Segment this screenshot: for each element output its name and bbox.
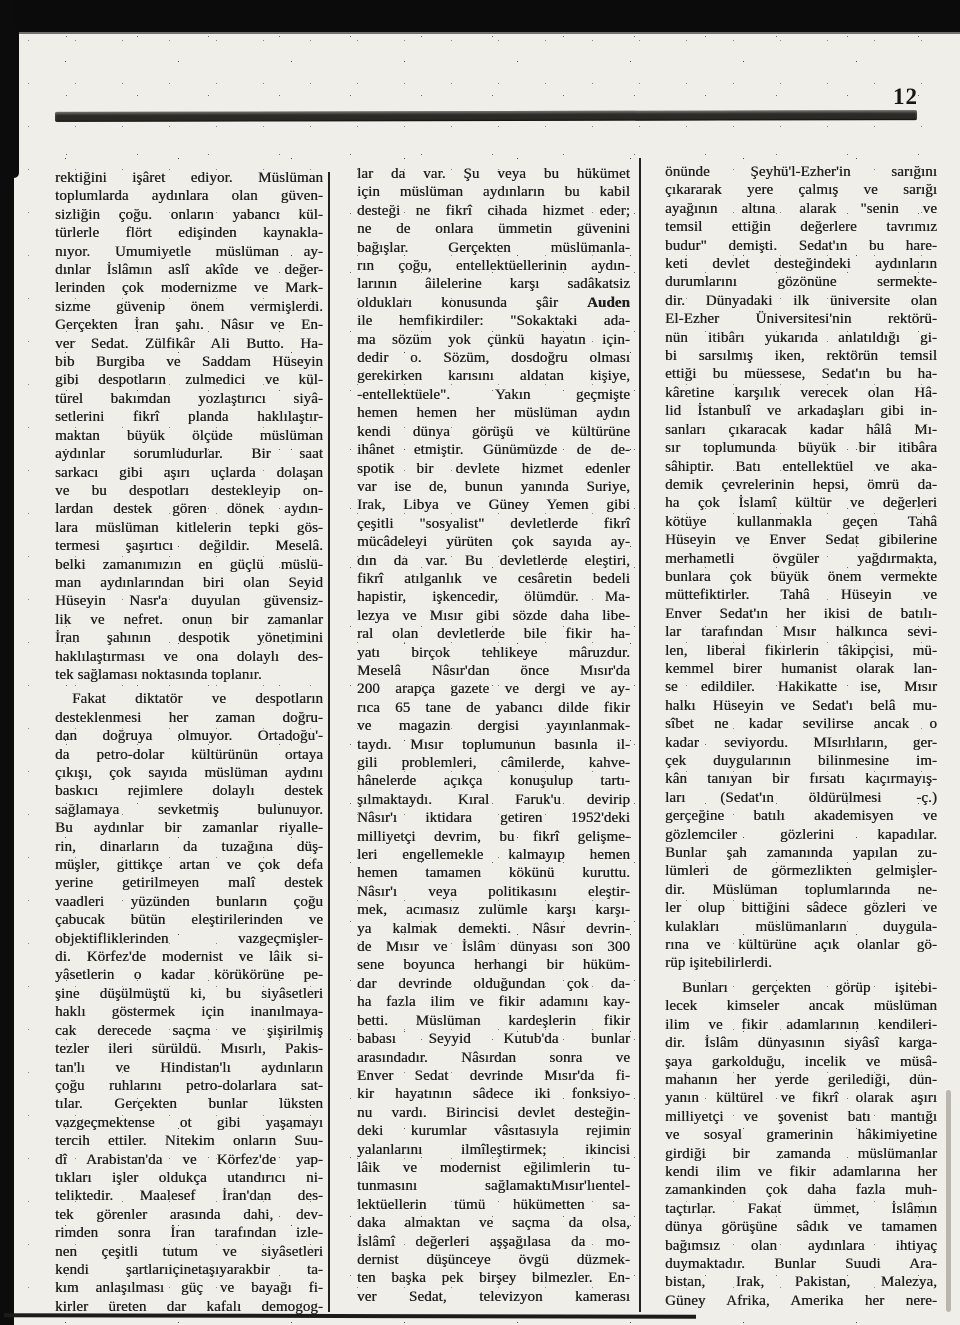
text-line: durumlarını gözönüne sermekte- xyxy=(665,273,937,291)
text-line: aydınlar sorumludurlar. Bir saat xyxy=(55,445,323,463)
text-line: bistan, Irak, Pakistan, Malezya, xyxy=(665,1273,937,1291)
scan-left-black-bar xyxy=(0,0,14,1325)
text-line: Hüseyin Nasr'a duyulan güvensiz- xyxy=(55,592,323,610)
text-line: lardan destek gören dönek aydın- xyxy=(55,500,323,518)
text-line: objektifliklerinden vazgeçmişler- xyxy=(55,930,323,948)
text-line: haklı göstermek için inanılmaya- xyxy=(55,1003,323,1021)
text-line: spotik bir devlete hizmet edenler xyxy=(357,460,630,478)
scan-top-black-bar xyxy=(0,0,960,32)
text-line: toplumlarda aydınlara olan güven- xyxy=(55,187,323,205)
text-line: lerinden çok modernizme ve Mark- xyxy=(55,279,323,297)
text-line: Gerçekten İran şahı. Nâsır ve En- xyxy=(55,316,323,334)
text-line: ya kalmak demekti. Nâsır devrin- xyxy=(357,920,630,938)
text-line: tek görenler arasında dahi, dev- xyxy=(55,1206,323,1224)
text-line: di. Körfez'de modernist ve lâik si- xyxy=(55,948,323,966)
text-line: rektiğini işâret ediyor. Müslüman xyxy=(55,169,323,187)
text-line: Bunları gerçekten görüp işitebi- xyxy=(665,979,937,997)
text-line: lecek kimseler ancak müslüman xyxy=(665,997,937,1015)
text-line: keti devlet desteğindeki aydınların xyxy=(665,255,937,273)
text-line: şılmaktaydı. Kıral Faruk'u devirip xyxy=(357,791,630,809)
text-line: larının âilelerine karşı sadâkatsiz xyxy=(357,275,630,293)
text-line: yatı birçok tehlikeye mâruzdur. xyxy=(357,644,630,662)
text-line: rına ve kültürüne açık olanlar gö- xyxy=(665,936,937,954)
text-line: lar da var. Şu veya bu hükümet xyxy=(357,165,630,183)
text-line: türlerle flört edişinden kaynakla- xyxy=(55,224,323,242)
scan-left-black-bar-wide xyxy=(0,28,19,178)
text-line: İran şahının despotik yönetimini xyxy=(55,629,323,647)
text-line: termesi şaşırtıcı değildir. Meselâ. xyxy=(55,537,323,555)
text-line: Enver Sedat'ın her ikisi de batılı- xyxy=(665,605,937,623)
text-line: bağımsız olan aydınlara ihtiyaç xyxy=(665,1237,937,1255)
text-line: desteklenmesi her zaman doğru- xyxy=(55,709,323,727)
text-line: dan doğruya olmuyor. Ortadoğu'- xyxy=(55,727,323,745)
text-line: fikrî atılganlık ve cesâretin bedeli xyxy=(357,570,630,588)
text-line: taçtırlar. Fakat ümmet, İslâmın xyxy=(665,1200,937,1218)
text-line: çek duygularının bilinmesine im- xyxy=(665,752,937,770)
text-line: demik çevrelerinin hepsi, ömrü da- xyxy=(665,476,937,494)
text-line: ile hemfikirdiler: "Sokaktaki ada- xyxy=(357,312,630,330)
text-line: lektüellerin tümü hükümetten sa- xyxy=(357,1196,630,1214)
text-line: ha fazla ilim ve fikir adamını kay- xyxy=(357,993,630,1011)
text-line: tılar. Gerçekten bunlar lüksten xyxy=(55,1095,323,1113)
text-line: mücâdeleyi yürüten çok sayıda ay- xyxy=(357,533,630,551)
text-line: şaya garkolduğu, incelik ve müsâ- xyxy=(665,1053,937,1071)
text-line: sağlamaya sevketmiş bulunuyor. xyxy=(55,801,323,819)
text-line: hapistir, işkencedir, ölümdür. Ma- xyxy=(357,588,630,606)
text-line: rın çoğu, entellektüellerinin aydın- xyxy=(357,257,630,275)
page-number: 12 xyxy=(878,84,918,110)
text-line: betti. Müslüman kardeşlerin fikir xyxy=(357,1012,630,1030)
text-line: bi sarsılmış iken, rektörün temsil xyxy=(665,347,937,365)
text-line: oldukları konusunda şâir Auden xyxy=(357,294,630,312)
text-line: lezya ve Mısır gibi sözde daha libe- xyxy=(357,607,630,625)
text-line: Meselâ Nâsır'dan önce Mısır'da xyxy=(357,662,630,680)
text-line: dir. Müslüman toplumlarında ne- xyxy=(665,881,937,899)
text-line: ettiği bu müessese, Sedat'ın bu ha- xyxy=(665,365,937,383)
text-line: rüp işitebilirlerdi. xyxy=(665,954,937,972)
text-line: var ise de, bunun yanında Suriye, xyxy=(357,478,630,496)
text-line: dedir o. Sözüm, dosdoğru olması xyxy=(357,349,630,367)
text-line: ha çok İslamî kültür ve değerleri xyxy=(665,494,937,512)
text-line: kım anlaşılması güç ve bayağı fi- xyxy=(55,1279,323,1297)
text-line: dınlar İslâmın aslî akîde ve değer- xyxy=(55,261,323,279)
text-line: Fakat diktatör ve despotların xyxy=(55,690,323,708)
text-line: baskıcı rejimlere dolaylı destek xyxy=(55,782,323,800)
text-line: ları (Sedat'ın öldürülmesi -ç.) xyxy=(665,789,937,807)
text-line: budur" demişti. Sedat'ın bu hare- xyxy=(665,237,937,255)
text-line: dar devrinde olduğundan çok da- xyxy=(357,975,630,993)
text-line: duymaktadır. Bunlar Suudi Ara- xyxy=(665,1255,937,1273)
text-line: yanın kültürel ve fikrî olarak aşırı xyxy=(665,1089,937,1107)
text-line: kendi şartlarıiçinetaşıyarakbir ta- xyxy=(55,1261,323,1279)
text-line: merhametli övgüler yağdırmakta, xyxy=(665,550,937,568)
text-line: gerçeğine batılı akademisyen ve xyxy=(665,807,937,825)
text-line: ler olup bittiğini sâdece gözleri ve xyxy=(665,899,937,917)
text-line: kulakları müslümanların duygula- xyxy=(665,918,937,936)
text-line: ve bu despotları destekleyip on- xyxy=(55,482,323,500)
text-line: kâretine karşılık verecek olan Hâ- xyxy=(665,384,937,402)
text-line: -entellektüele". Yakın geçmişte xyxy=(357,386,630,404)
text-line: belki zamanımızın en güçlü müslü- xyxy=(55,556,323,574)
text-line: Nâsır'ı iktidara getiren 1952'deki xyxy=(357,809,630,827)
text-line: yalanlarını ilmîleştirmek; ikincisi xyxy=(357,1141,630,1159)
text-line: hânelerde açıkça konuşulup tartı- xyxy=(357,772,630,790)
text-line: sîbet ne kadar sevilirse ancak o xyxy=(665,715,937,733)
scan-edge-streak xyxy=(946,1090,951,1312)
text-line: sanları çıkaracak kadar hâlâ Mı- xyxy=(665,421,937,439)
text-line: kötüye kullanmakla geçen Tahâ xyxy=(665,513,937,531)
text-line: rin, dinarların da tuzağına düş- xyxy=(55,838,323,856)
text-line: Irak, Libya ve Güney Yemen gibi xyxy=(357,496,630,514)
text-line: arasındadır. Nâsırdan sonra ve xyxy=(357,1049,630,1067)
text-line: bunlara çok büyük önem vermekte xyxy=(665,568,937,586)
text-line: ver Sedat. Zülfikâr Ali Butto. Ha- xyxy=(55,335,323,353)
text-line: önünde Şeyhü'l-Ezher'in sarığını xyxy=(665,163,937,181)
text-line: 200 arapça gazete ve dergi ve ay- xyxy=(357,680,630,698)
text-line: girdiği bir zamanda müslümanlar xyxy=(665,1145,937,1163)
text-line: çabucak bütün eleştirilerinden ve xyxy=(55,911,323,929)
text-line: Hüseyin ve Enver Sedat gibilerine xyxy=(665,531,937,549)
text-line: dın da var. Bu devletlerde eleştiri, xyxy=(357,552,630,570)
text-line: tıkları işler oldukça utandırıcı ni- xyxy=(55,1169,323,1187)
text-line: gili problemleri, câmilerde, kahve- xyxy=(357,754,630,772)
text-line: hemen hemen her müslüman aydın xyxy=(357,404,630,422)
text-line: lâik ve modernist eğilimlerin tu- xyxy=(357,1159,630,1177)
text-line: Bunlar şah zamanında yapılan zu- xyxy=(665,844,937,862)
text-line: tek sağlaması noktasında toplanır. xyxy=(55,666,323,684)
text-line: tunmasını sağlamaktıMısır'lıentel- xyxy=(357,1177,630,1195)
text-line: ve magazin dergisi yayınlanmak- xyxy=(357,717,630,735)
text-line: teliktedir. Maalesef İran'dan des- xyxy=(55,1187,323,1205)
text-line: ma sözüm yok çünkü hayatın için- xyxy=(357,331,630,349)
text-line: sizliğin çoğu. onların yabancı kül- xyxy=(55,206,323,224)
text-line: vazgeçmektense ot gibi yaşamayı xyxy=(55,1114,323,1132)
text-line: ral olan devletlerde bile fikir ha- xyxy=(357,625,630,643)
text-line: len, liberal fikirlerin tâkipçisi, mü- xyxy=(665,642,937,660)
text-line: da petro-dolar kültürünün ortaya xyxy=(55,746,323,764)
text-line: ilim ve fikir adamlarının kendileri- xyxy=(665,1016,937,1034)
text-line: dî Arabistan'da ve Körfez'de yap- xyxy=(55,1151,323,1169)
text-line: kir hayatının sâdece iki fonksiyo- xyxy=(357,1085,630,1103)
scanned-page: 12 rektiğini işâret ediyor. Müslümantopl… xyxy=(0,0,960,1325)
article-column-2: lar da var. Şu veya bu hükümetiçin müslü… xyxy=(357,165,630,1306)
text-line: Güney Afrika, Amerika her nere- xyxy=(665,1292,937,1310)
text-line: türel bakımdan yozlaştırıcı siyâ- xyxy=(55,390,323,408)
text-line: nün itibârı yukarıda anlatıldığı gi- xyxy=(665,329,937,347)
text-line: setlerini fikrî planda haklılaştır- xyxy=(55,408,323,426)
text-line: ne de onlara ümmetin güvenini xyxy=(357,220,630,238)
text-line: hemen tamamen kökünü kuruttu. xyxy=(357,864,630,882)
text-line: kendi ilim ve fikir adamlarına her xyxy=(665,1163,937,1181)
top-rule xyxy=(55,110,917,122)
text-line: ayağının altına alarak "senin ve xyxy=(665,200,937,218)
text-line: gibi despotların zulmedici ve kül- xyxy=(55,371,323,389)
text-line: lümleri de görmezlikten gelmişler- xyxy=(665,862,937,880)
text-line: maktan büyük ölçüde müslüman xyxy=(55,427,323,445)
text-line: müttefiktirler. Tahâ Hüseyin ve xyxy=(665,586,937,604)
text-line: bib Burgiba ve Saddam Hüseyin xyxy=(55,353,323,371)
text-line: ihânet etmiştir. Günümüzde de de- xyxy=(357,441,630,459)
text-line: daka almaktan ve saçma da olsa, xyxy=(357,1214,630,1232)
text-line: müşler, gittikçe artan ve çok defa xyxy=(55,856,323,874)
text-line: sarkacı gibi aşırı uçlarda dolaşan xyxy=(55,464,323,482)
text-line: sâhiptir. Batı entellektüel ve aka- xyxy=(665,458,937,476)
text-line: cak derecede saçma ve şişirilmiş xyxy=(55,1022,323,1040)
text-line: de Mısır ve İslâm dünyası son 300 xyxy=(357,938,630,956)
bottom-rule xyxy=(4,1313,696,1318)
text-line: Bu aydınlar bir zamanlar riyalle- xyxy=(55,819,323,837)
text-line: vaadleri yüzünden bunların çoğu xyxy=(55,893,323,911)
text-line: man aydınlarından biri olan Seyid xyxy=(55,574,323,592)
text-line: mek, acımasız zulümle karşı karşı- xyxy=(357,901,630,919)
text-line: bağışlar. Gerçekten müslümanla- xyxy=(357,239,630,257)
text-line: kân tanıyan bir fırsatı kaçırmayış- xyxy=(665,770,937,788)
text-line: lara müslüman kitlelerin tepki gös- xyxy=(55,519,323,537)
text-line: Enver Sedat devrinde Mısır'da fi- xyxy=(357,1067,630,1085)
column-separator-2 xyxy=(639,158,641,1312)
text-line: milliyetçi devrim, bu fikrî gelişme- xyxy=(357,828,630,846)
text-line: dünya görüşüne sâdık ve tamamen xyxy=(665,1218,937,1236)
text-line: taydı. Mısır toplumunun basınla il- xyxy=(357,736,630,754)
text-line: ve sosyal gramerinin hâkimiyetine xyxy=(665,1126,937,1144)
text-line: için müslüman aydınların bu kabil xyxy=(357,183,630,201)
text-line: kemmel birer humanist olarak lan- xyxy=(665,660,937,678)
text-line: lik ve nefret. onun bir zamanlar xyxy=(55,611,323,629)
text-line: lid İstanbulî ve arkadaşları gibi in- xyxy=(665,402,937,420)
text-line: Nâsır'ı veya politikasını eleştir- xyxy=(357,883,630,901)
text-line: ver Sedat, televizyon kamerası xyxy=(357,1288,630,1306)
text-line: gözlemciler gözlerini kapadılar. xyxy=(665,826,937,844)
text-line: deki kurumlar vâsıtasıyla rejimin xyxy=(357,1122,630,1140)
text-line: çeşitli "sosyalist" devletlerde fikrî xyxy=(357,515,630,533)
text-line: nıyor. Umumiyetle müslüman ay- xyxy=(55,243,323,261)
text-line: kadar seviyordu. MIsırlıların, ger- xyxy=(665,734,937,752)
text-line: gerekirken karısını aldatan kişiye, xyxy=(357,367,630,385)
text-line: dernist düşünceye övgü düzmek- xyxy=(357,1251,630,1269)
text-line: sene boyunca herhangi bir hüküm- xyxy=(357,956,630,974)
text-line: dir. İslâm dünyasının siyâsî karga- xyxy=(665,1034,937,1052)
text-line: desteği ne fikrî cihada hizmet eder; xyxy=(357,202,630,220)
text-line: tercih ettiler. Nitekim onların Suu- xyxy=(55,1132,323,1150)
text-line: İslâmî değerleri aşşağılasa da mo- xyxy=(357,1233,630,1251)
text-line: tezler ileri sürüldü. Mısırlı, Pakis- xyxy=(55,1040,323,1058)
text-line: tan'lı ve Hindistan'lı aydınların xyxy=(55,1059,323,1077)
column-separator-1 xyxy=(328,172,330,1312)
text-line: babası Seyyid Kutub'da bunlar xyxy=(357,1030,630,1048)
text-line: ten başka pek birşey bilmezler. En- xyxy=(357,1269,630,1287)
text-line: halkı Hüseyin ve Sedat'ı belâ mu- xyxy=(665,697,937,715)
text-line: El-Ezher Üniversitesi'nin rektörü- xyxy=(665,310,937,328)
article-column-3: önünde Şeyhü'l-Ezher'in sarığınıçıkarara… xyxy=(665,163,937,1310)
text-line: çıkışı, çok sayıda müslüman aydını xyxy=(55,764,323,782)
text-line: yâsetlerin o kadar körükörüne pe- xyxy=(55,966,323,984)
text-line: rimden sonra İran tarafından izle- xyxy=(55,1224,323,1242)
text-line: çoğu ruhlarını petro-dolarlara sat- xyxy=(55,1077,323,1095)
text-line: nen çeşitli tutum ve siyâsetleri xyxy=(55,1243,323,1261)
text-line: mahanın her yerde gerilediği, dün- xyxy=(665,1071,937,1089)
text-line: leri engellemekle kalmayıp hemen xyxy=(357,846,630,864)
text-line: dir. Dünyadaki ilk üniversite olan xyxy=(665,292,937,310)
text-line: şine düşülmüştü ki, bu siyâsetleri xyxy=(55,985,323,1003)
text-line: çıkararak yere çalmış ve sarığı xyxy=(665,181,937,199)
text-line: milliyetçi ve şovenist batı mantığı xyxy=(665,1108,937,1126)
text-line: se edildiler. Hakikatte ise, Mısır xyxy=(665,678,937,696)
text-line: haklılaştırması ve ona dolaylı des- xyxy=(55,648,323,666)
text-line: yerine getirilmeyen malî destek xyxy=(55,874,323,892)
text-line: kendi dünya görüşü ve kültürüne xyxy=(357,423,630,441)
article-column-1: rektiğini işâret ediyor. Müslümantopluml… xyxy=(55,169,323,1316)
text-line: temsil ettiğin değerlere tavrımız xyxy=(665,218,937,236)
text-line: rıca 65 tane de yabancı dilde fikir xyxy=(357,699,630,717)
text-line: sır toplumunda büyük bir itibâra xyxy=(665,439,937,457)
text-line: nu vardı. Birincisi devlet desteğin- xyxy=(357,1104,630,1122)
text-line: zamankinden çok daha fazla muh- xyxy=(665,1181,937,1199)
text-line: lar tarafından Mısır halkınca sevi- xyxy=(665,623,937,641)
text-line: sizme güvenip önem vermişlerdi. xyxy=(55,298,323,316)
